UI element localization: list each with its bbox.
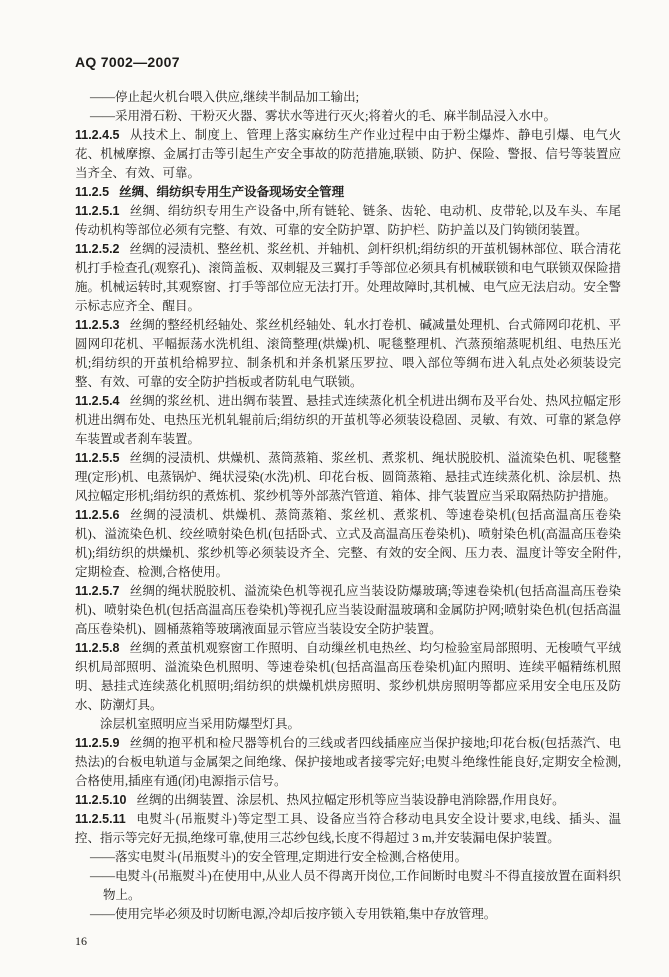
section-paragraph: 11.2.5.2丝绸的浸渍机、整丝机、浆丝机、并轴机、剑杆织机;绢纺织的开茧机锡… [75,240,621,316]
section-paragraph: 11.2.5.1丝绸、绢纺织专用生产设备中,所有链轮、链条、齿轮、电动机、皮带轮… [75,202,621,240]
clause-text: 丝绸的绳状脱胶机、溢流染色机等视孔应当装设防爆玻璃;等速卷染机(包括高温高压卷染… [75,584,621,636]
clause-text: 丝绸的整经机经轴处、浆丝机经轴处、轧水打卷机、碱减量处理机、台式筛网印花机、平圆… [75,318,621,389]
section-paragraph: 11.2.5.10丝绸的出绸装置、涂层机、热风拉幅定形机等应当装设静电消除器,作… [75,791,621,810]
indented-note: 涂层机室照明应当采用防爆型灯具。 [75,715,621,734]
clause-number: 11.2.5.10 [75,793,126,807]
clause-number: 11.2.5.7 [75,584,120,598]
clause-text: 电熨斗(吊瓶熨斗)等定型工具、设备应当符合移动电具安全设计要求,电线、插头、温控… [75,812,621,845]
heading-text: 丝绸、绢纺织专用生产设备现场安全管理 [119,185,344,199]
clause-text: 丝绸的煮茧机观察窗工作照明、自动缫丝机电热丝、均匀检验室局部照明、无梭喷气平绒织… [75,641,621,712]
dash-item-text: ——使用完毕必须及时切断电源,冷却后按序锁入专用铁箱,集中存放管理。 [90,907,496,921]
section-heading: 11.2.5丝绸、绢纺织专用生产设备现场安全管理 [75,183,621,202]
note-text: 涂层机室照明应当采用防爆型灯具。 [100,717,300,731]
clause-number: 11.2.5.6 [75,508,120,522]
clause-number: 11.2.5.5 [75,451,120,465]
clause-number: 11.2.5.11 [75,812,126,826]
dash-item-text: ——停止起火机台喂入供应,继续半制品加工输出; [90,90,359,104]
page-number: 16 [75,933,621,949]
dash-list-item: ——采用滑石粉、干粉灭火器、雾状水等进行灭火;将着火的毛、麻半制品浸入水中。 [75,107,621,126]
clause-number: 11.2.5.9 [75,736,120,750]
section-paragraph: 11.2.5.5丝绸的浸渍机、烘燥机、蒸筒蒸箱、浆丝机、煮浆机、绳状脱胶机、溢流… [75,449,621,506]
clause-number: 11.2.5.1 [75,204,120,218]
clause-text: 丝绸的浸渍机、整丝机、浆丝机、并轴机、剑杆织机;绢纺织的开茧机锡林部位、联合清花… [75,242,621,313]
dash-list-item: ——落实电熨斗(吊瓶熨斗)的安全管理,定期进行安全检测,合格使用。 [75,848,621,867]
clause-number: 11.2.5.8 [75,641,120,655]
dash-list-item: ——停止起火机台喂入供应,继续半制品加工输出; [75,88,621,107]
clause-text: 丝绸的抱平机和检尺器等机台的三线或者四线插座应当保护接地;印花台板(包括蒸汽、电… [75,736,621,788]
clause-text: 丝绸的浸渍机、烘燥机、蒸筒蒸箱、浆丝机、煮浆机、绳状脱胶机、溢流染色机、呢毯整理… [75,451,621,503]
clause-number: 11.2.5 [75,185,109,199]
dash-list-item: ——使用完毕必须及时切断电源,冷却后按序锁入专用铁箱,集中存放管理。 [75,905,621,924]
clause-number: 11.2.5.2 [75,242,120,256]
clause-number: 11.2.4.5 [75,128,120,142]
clause-text: 丝绸、绢纺织专用生产设备中,所有链轮、链条、齿轮、电动机、皮带轮,以及车头、车尾… [75,204,621,237]
clause-number: 11.2.5.4 [75,394,120,408]
section-paragraph: 11.2.4.5从技术上、制度上、管理上落实麻纺生产作业过程中由于粉尘爆炸、静电… [75,126,621,183]
document-body: ——停止起火机台喂入供应,继续半制品加工输出; ——采用滑石粉、干粉灭火器、雾状… [75,88,621,924]
clause-text: 丝绸的浆丝机、进出绸布装置、悬挂式连续蒸化机全机进出绸布及平台处、热风拉幅定形机… [75,394,621,446]
section-paragraph: 11.2.5.3丝绸的整经机经轴处、浆丝机经轴处、轧水打卷机、碱减量处理机、台式… [75,316,621,392]
clause-number: 11.2.5.3 [75,318,120,332]
clause-text: 从技术上、制度上、管理上落实麻纺生产作业过程中由于粉尘爆炸、静电引爆、电气火花、… [75,128,621,180]
dash-item-text: ——采用滑石粉、干粉灭火器、雾状水等进行灭火;将着火的毛、麻半制品浸入水中。 [90,109,556,123]
dash-item-text: ——落实电熨斗(吊瓶熨斗)的安全管理,定期进行安全检测,合格使用。 [90,850,467,864]
document-page: AQ 7002—2007 ——停止起火机台喂入供应,继续半制品加工输出; ——采… [0,0,669,977]
clause-text: 丝绸的出绸装置、涂层机、热风拉幅定形机等应当装设静电消除器,作用良好。 [136,793,564,807]
dash-item-text: ——电熨斗(吊瓶熨斗)在使用中,从业人员不得离开岗位,工作间断时电熨斗不得直接放… [90,869,621,902]
standard-number: AQ 7002—2007 [75,54,621,70]
clause-text: 丝绸的浸渍机、烘燥机、蒸筒蒸箱、浆丝机、煮浆机、等速卷染机(包括高温高压卷染机)… [75,508,621,579]
dash-list-item: ——电熨斗(吊瓶熨斗)在使用中,从业人员不得离开岗位,工作间断时电熨斗不得直接放… [75,867,621,905]
section-paragraph: 11.2.5.9丝绸的抱平机和检尺器等机台的三线或者四线插座应当保护接地;印花台… [75,734,621,791]
section-paragraph: 11.2.5.11电熨斗(吊瓶熨斗)等定型工具、设备应当符合移动电具安全设计要求… [75,810,621,848]
section-paragraph: 11.2.5.8丝绸的煮茧机观察窗工作照明、自动缫丝机电热丝、均匀检验室局部照明… [75,639,621,715]
section-paragraph: 11.2.5.6丝绸的浸渍机、烘燥机、蒸筒蒸箱、浆丝机、煮浆机、等速卷染机(包括… [75,506,621,582]
section-paragraph: 11.2.5.4丝绸的浆丝机、进出绸布装置、悬挂式连续蒸化机全机进出绸布及平台处… [75,392,621,449]
section-paragraph: 11.2.5.7丝绸的绳状脱胶机、溢流染色机等视孔应当装设防爆玻璃;等速卷染机(… [75,582,621,639]
